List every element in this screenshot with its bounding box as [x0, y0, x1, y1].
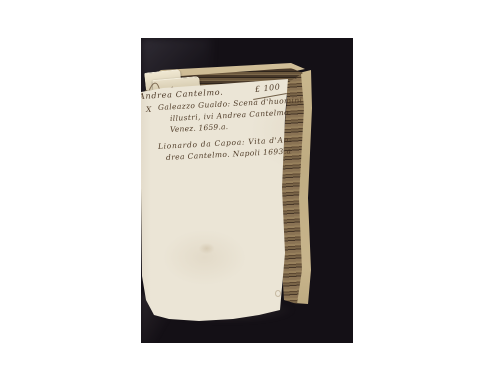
photo-backdrop: Andrea Cantelmo. £ 100 X Galeazzo Gualdo… [141, 38, 353, 343]
entry-mark: X [146, 105, 152, 114]
digitized-manuscript-scan: Andrea Cantelmo. £ 100 X Galeazzo Gualdo… [0, 0, 500, 380]
faint-folio-smudge [275, 290, 281, 297]
